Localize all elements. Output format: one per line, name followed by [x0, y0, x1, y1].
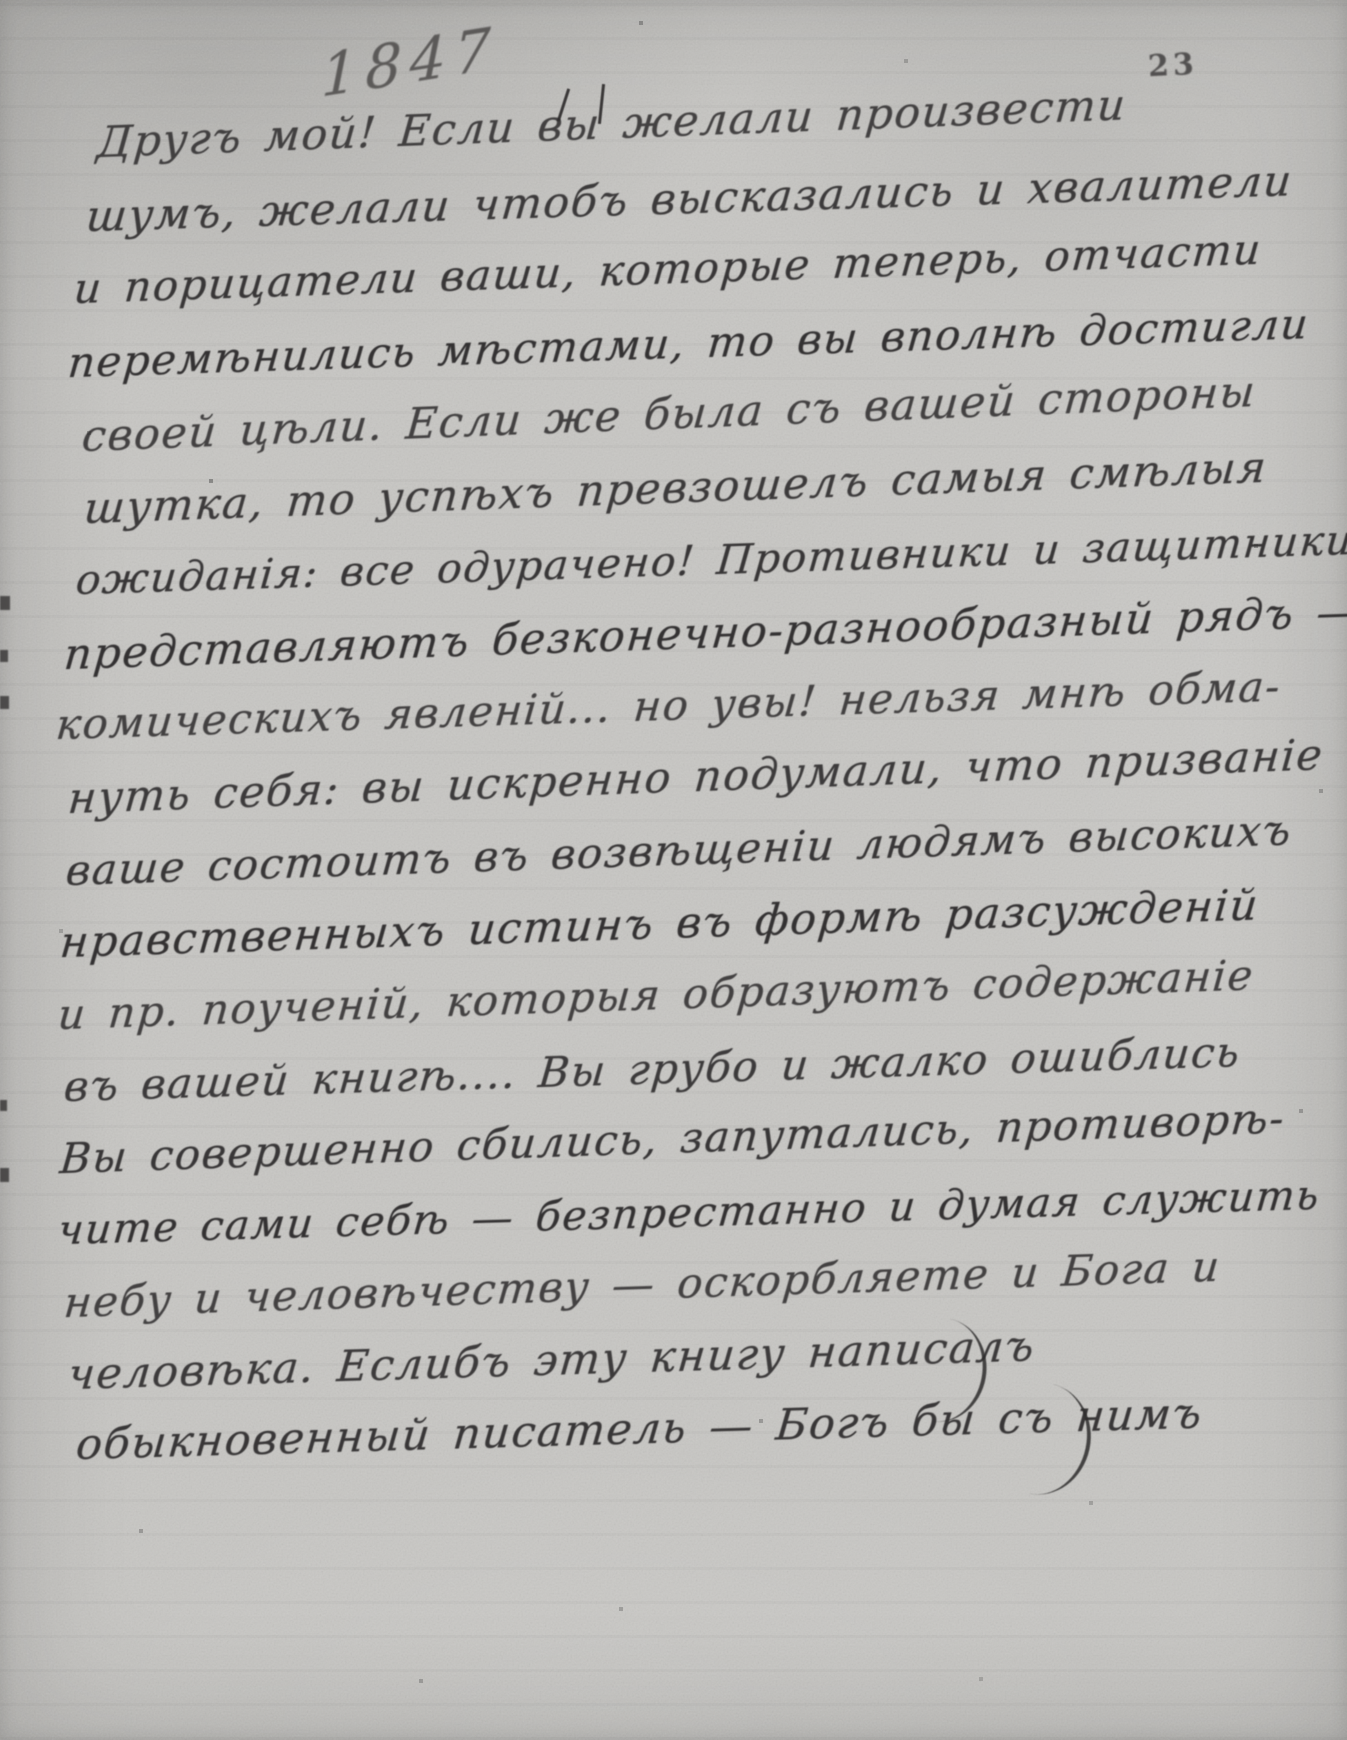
binding-ink-mark [0, 596, 10, 610]
manuscript-line: небу и человѣчеству — оскорбляете и Бога… [62, 1241, 1223, 1327]
manuscript-line: ожиданія: все одурачено! Противники и за… [74, 516, 1347, 604]
manuscript-line: шутка, то успѣхъ превзошелъ самыя смѣлыя [82, 443, 1269, 534]
binding-ink-mark [0, 1168, 9, 1182]
manuscript-line: Вы совершенно сбились, запутались, проти… [58, 1093, 1287, 1183]
manuscript-line: и пр. поученій, которыя образуютъ содерж… [56, 950, 1256, 1039]
page-number: 23 [1147, 47, 1199, 85]
manuscript-line: и порицатели ваши, которые теперь, отчас… [72, 224, 1264, 313]
manuscript-line: комическихъ явленій... но увы! нельзя мн… [54, 661, 1283, 749]
manuscript-scan: 1847 23 Другъ мой! Если вы желали произв… [0, 0, 1347, 1740]
year-annotation: 1847 [321, 13, 500, 110]
paper-specks [0, 0, 2, 2]
manuscript-line: въ вашей книгѣ.... Вы грубо и жалко ошиб… [62, 1027, 1243, 1111]
manuscript-line: человѣка. Еслибъ эту книгу написалъ [66, 1321, 1038, 1400]
binding-ink-mark [0, 1100, 7, 1111]
binding-ink-mark [0, 650, 8, 662]
manuscript-line: чите сами себѣ — безпрестанно и думая сл… [56, 1171, 1322, 1254]
manuscript-line: Другъ мой! Если вы желали произвести [95, 80, 1129, 168]
manuscript-line: ваше состоитъ въ возвѣщеніи людямъ высок… [64, 805, 1294, 895]
manuscript-line: нравственныхъ истинъ въ формѣ разсуждені… [58, 880, 1261, 968]
binding-ink-mark [0, 696, 9, 709]
